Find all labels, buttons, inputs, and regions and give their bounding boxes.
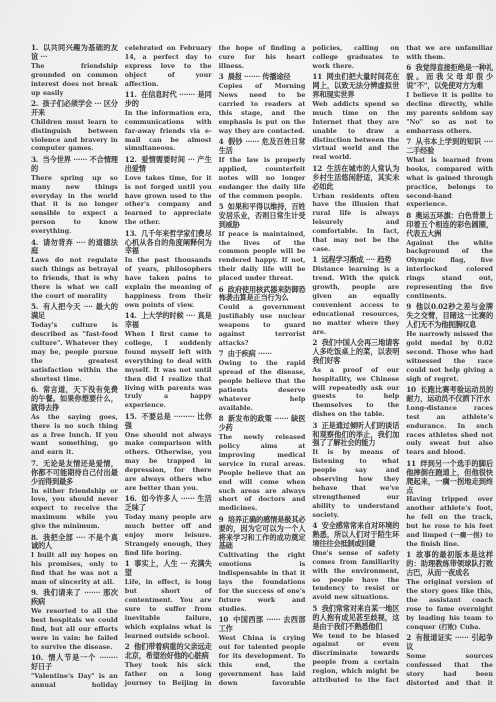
item-english: One's sense of safety comes from familia… [312, 549, 399, 602]
item-number: 11 [406, 459, 416, 468]
item-english: The original version of the story goes l… [406, 578, 493, 631]
item-english: Love takes time, for it is not forged un… [125, 174, 212, 227]
item-number: 3. [31, 155, 38, 164]
item-chinese: 13. 几千年来哲学家们费尽心机从各自的角度阐释何为幸福 [125, 230, 212, 257]
note-item: 8. 我把全部 ···· 不是个真诚的人 I built all my hope… [31, 534, 118, 587]
item-chinese: 8 奥运五环旗：白色背景上印着五个相连的彩色圆圈，代表五大洲 [406, 212, 493, 239]
item-number: 8 [219, 414, 224, 423]
item-chinese: 14. 上大学的时候 ···· 真是幸福 [125, 312, 212, 330]
note-item: 11. 在信息时代 ······· 是同步的 In the informatio… [125, 91, 212, 153]
item-chinese: 11 绊到另一个选手的脚后他摔倒在跑道上，但他很快爬起来，一瘸一拐地走到终点 [406, 460, 493, 496]
note-item: 3 正是通过倾听人们的谈话和观察他们的举止，我们加强了了解社会的能力 It is… [312, 422, 399, 520]
item-english: Laws do not regulate such things as betr… [31, 256, 118, 301]
notes-sheet: 1. 以共同兴趣为基础的友谊 ··· The friendship ground… [0, 0, 496, 702]
note-item: 9 他以0.02秒之差与金牌失之交臂，目睹这一比赛的人们无不为他扼腕叹息 He … [406, 303, 493, 383]
note-item: 13. 几千年来哲学家们费尽心机从各自的角度阐释何为幸福 In the past… [125, 230, 212, 310]
item-number: 15. [125, 412, 137, 421]
note-item: 7. 无论是友情还是爱情，你都不可能期待自己付出最少而得到最多 In eithe… [31, 460, 118, 531]
item-number: 11 [312, 72, 322, 81]
item-number: 7 [406, 137, 411, 146]
item-english: Urban residents often have the illusion … [312, 192, 399, 254]
note-item: 12. 爱情需要时间 ··· 产生出爱情 Love takes time, fo… [125, 156, 212, 227]
note-item: 2. 孩子们必须学会 ··· 区分开来 Children must learn … [31, 100, 118, 153]
item-number: 10 [219, 615, 229, 624]
note-item: 4 假钞 ······ 危及百姓日常生活 If the law is prope… [219, 138, 306, 200]
item-english: Cultivating the right emotions is indisp… [219, 551, 306, 613]
item-number: 1 [312, 255, 317, 264]
item-chinese: 7. 无论是友情还是爱情，你都不可能期待自己付出最少而得到最多 [31, 460, 118, 487]
item-chinese: 5. 有人把今天 ···· 最大的满足 [31, 303, 118, 321]
item-number: 7 [219, 349, 224, 358]
item-chinese: 16. 如今许多人 ······ 生活乏味了 [125, 495, 212, 513]
note-item: 7 由于疾病 ······ Owing to the rapid spread … [219, 350, 306, 412]
item-chinese: 2 他们带着病重的父亲远走北京，希望治好他的心脏病 [125, 643, 212, 661]
note-item: 7 从书本上学到的知识 ···· 二手经验 What is learned fr… [406, 138, 493, 209]
item-english: In either friendship or love, you should… [31, 487, 118, 532]
item-chinese: 6. 常言道，天下没有免费的午餐。如果你想要什么，就得去挣 [31, 386, 118, 413]
item-chinese: 7 由于疾病 ······ [219, 350, 306, 359]
item-chinese: 5 我们常常对来自某一地区的人抱有成见甚至歧视，这是由于我们不熟悉他们 [312, 605, 399, 632]
note-item: 6 我觉得直接拒绝是一种礼貌。而我父母却很少说"不"，以免使对方为难 I bel… [406, 64, 493, 135]
item-english: Distance learning is a trend. With the q… [312, 265, 399, 336]
item-number: 2 [125, 642, 130, 651]
item-english: I built all my hopes on his promises, on… [31, 551, 118, 587]
item-chinese: 9 他以0.02秒之差与金牌失之交臂，目睹这一比赛的人们无不为他扼腕叹息 [406, 303, 493, 330]
item-english: As a proof of our hospitality, we Chines… [312, 366, 399, 419]
item-number: 1. [31, 44, 38, 52]
item-english: Today many people are much better off an… [125, 513, 212, 558]
item-chinese: 9 培养正确的感情是极其必要的，因为它可以为一个人将来学习和工作的成功奠定基础 [219, 516, 306, 552]
note-item: 1 事实上，人生 ··· 充满失望 Life, in effect, is lo… [125, 560, 212, 640]
item-number: 4 [312, 521, 317, 530]
note-item: 16. 如今许多人 ······ 生活乏味了 Today many people… [125, 495, 212, 557]
item-english: Could a government justifiably use nucle… [219, 303, 306, 348]
item-chinese: 6 政府使用核武器来防御恐怖袭击算是正当行为么 [219, 286, 306, 304]
item-english: Having tripped over another athlete's fo… [406, 495, 493, 548]
item-number: 13. [125, 229, 137, 238]
text-columns: 1. 以共同兴趣为基础的友谊 ··· The friendship ground… [31, 44, 493, 694]
item-chinese: 4 假钞 ······ 危及百姓日常生活 [219, 138, 306, 156]
item-chinese: 12 生活在城市的人常认为乡村生活悠闲舒适，其实未必如此 [312, 165, 399, 192]
item-english: Long-distance races test an athlete's en… [406, 404, 493, 457]
note-item: 9. 我们请来了 ······· 那次疾病 We resorted to all… [31, 589, 118, 651]
note-item: 15. 不要总是 ········· 比你强 One should not al… [125, 413, 212, 493]
item-english: Owing to the rapid spread of the disease… [219, 359, 306, 412]
item-number: 10. [31, 653, 43, 662]
item-number: 5 [312, 604, 317, 613]
note-item: 8 奥运五环旗：白色背景上印着五个相连的彩色圆圈，代表五大洲 Against t… [406, 212, 493, 301]
item-english: One should not always make comparison wi… [125, 431, 212, 493]
item-number: 7. [31, 459, 38, 468]
item-chinese: 12. 爱情需要时间 ··· 产生出爱情 [125, 156, 212, 174]
item-english: Web addicts spend so much time on the In… [312, 100, 399, 162]
item-chinese: 9. 我们请来了 ······· 那次疾病 [31, 589, 118, 607]
item-number: 8. [31, 533, 38, 542]
note-item: 5 如果和平得以维持，百姓安居乐业，否则日常生计受到威胁 If peace is… [219, 203, 306, 283]
item-number: 6 [219, 285, 224, 294]
item-chinese: 8 新发布的政策 ······ 缺医少药 [219, 415, 306, 433]
item-english: If the law is properly applied, counterf… [219, 156, 306, 201]
item-english: I believe it is polite to decline direct… [406, 91, 493, 136]
item-number: 6. [31, 385, 38, 394]
item-chinese: 11 网虫们把大量时间花在网上，以致无法分辨虚拟世界和现实世界 [312, 73, 399, 100]
item-chinese: 3 正是通过倾听人们的谈话和观察他们的举止，我们加强了了解社会的能力 [312, 422, 399, 449]
item-chinese: 11. 在信息时代 ······· 是同步的 [125, 91, 212, 109]
item-number: 3 [219, 72, 224, 81]
item-chinese: 7 从书本上学到的知识 ···· 二手经验 [406, 138, 493, 156]
item-english: Today's culture is described as "fast-fo… [31, 321, 118, 383]
item-english: What is learned from books, compared wit… [406, 156, 493, 209]
note-item: 12 生活在城市的人常认为乡村生活悠闲舒适，其实未必如此 Urban resid… [312, 165, 399, 254]
item-chinese: 3. 当今世界 ······ 不合情理的 [31, 156, 118, 174]
item-chinese: 10 中国西部 ······ 去西部工作 [219, 616, 306, 634]
item-english: He narrowly missed the gold medal by 0.0… [406, 330, 493, 383]
note-item: 6 政府使用核武器来防御恐怖袭击算是正当行为么 Could a governme… [219, 286, 306, 348]
note-item: 4. 请勿背弃 ···· 的道德法庭 Laws do not regulate … [31, 239, 118, 301]
item-chinese: 10 长跑比赛考验运动员的耐力，运动员不仅洒下汗水 [406, 386, 493, 404]
item-english: It is by means of listening to what peop… [312, 448, 399, 519]
note-item: 11 网虫们把大量时间花在网上，以致无法分辨虚拟世界和现实世界 Web addi… [312, 73, 399, 162]
item-chinese: 5 如果和平得以维持，百姓安居乐业，否则日常生计受到威胁 [219, 203, 306, 230]
item-chinese: 2. 孩子们必须学会 ··· 区分开来 [31, 100, 118, 118]
note-item: 10 长跑比赛考验运动员的耐力，运动员不仅洒下汗水 Long-distance … [406, 386, 493, 457]
note-item: 3 晨报 ······· 传播途径 Copies of Morning News… [219, 73, 306, 135]
item-english: Copies of Morning News need to be carrie… [219, 82, 306, 135]
item-chinese: 4 安全感常常来自对环境的熟悉，所以人们对于陌生环境往往会抵制或回避 [312, 522, 399, 549]
note-item: 6. 常言道，天下没有免费的午餐。如果你想要什么，就得去挣 As the say… [31, 386, 118, 457]
item-number: 10 [406, 385, 416, 394]
item-number: 3 [312, 421, 317, 430]
item-chinese: 15. 不要总是 ········· 比你强 [125, 413, 212, 431]
item-number: 2 [312, 338, 317, 347]
item-number: 1 [406, 550, 411, 559]
item-chinese: 1 事实上，人生 ··· 充满失望 [125, 560, 212, 578]
item-chinese: 1 远程学习渐成 ···· 趋势 [312, 256, 399, 265]
item-chinese: 8. 我把全部 ···· 不是个真诚的人 [31, 534, 118, 552]
item-number: 9 [219, 515, 224, 524]
item-chinese: 3 晨报 ······· 传播途径 [219, 73, 306, 82]
item-number: 6 [406, 63, 411, 72]
item-english: There spring up so many new things every… [31, 174, 118, 236]
note-item: 9 培养正确的感情是极其必要的，因为它可以为一个人将来学习和工作的成功奠定基础 … [219, 516, 306, 614]
note-item: 1. 以共同兴趣为基础的友谊 ··· The friendship ground… [31, 44, 118, 97]
item-number: 12. [125, 155, 137, 164]
item-english: In the information era, communications w… [125, 109, 212, 154]
item-number: 5 [219, 202, 224, 211]
item-number: 9. [31, 588, 38, 597]
item-chinese: 2 我们中国人会再三地请客人多吃饭桌上的菜，以表明我们好客 [312, 339, 399, 366]
note-item: 2 我们中国人会再三地请客人多吃饭桌上的菜，以表明我们好客 As a proof… [312, 339, 399, 419]
item-number: 4 [219, 137, 224, 146]
item-number: 16. [125, 494, 137, 503]
item-english: The friendship grounded on common intere… [31, 62, 118, 98]
item-english: When I first came to college, I suddenly… [125, 330, 212, 410]
item-number: 9 [406, 302, 411, 311]
item-english: We resorted to all the best hospitals we… [31, 607, 118, 652]
item-chinese: 2 有报道证实 ······ 引起争议 [406, 634, 493, 652]
item-number: 12 [312, 164, 322, 173]
item-english: In the past thousands of years, philosop… [125, 256, 212, 309]
item-chinese: 6 我觉得直接拒绝是一种礼貌。而我父母却很少说"不"，以免使对方为难 [406, 64, 493, 91]
item-number: 5. [31, 302, 38, 311]
item-english: Against the white background of the Olym… [406, 239, 493, 301]
item-chinese: 1 故事的最初版本是这样的：助理教练带领球队打败古巴，从而一夜成名 [406, 551, 493, 578]
item-number: 4. [31, 238, 38, 247]
item-english: The newly released policy aims at improv… [219, 433, 306, 513]
item-number: 1 [125, 559, 130, 568]
note-item: 1 远程学习渐成 ···· 趋势 Distance learning is a … [312, 256, 399, 336]
note-item: 8 新发布的政策 ······ 缺医少药 The newly released … [219, 415, 306, 513]
note-item: 14. 上大学的时候 ···· 真是幸福 When I first came t… [125, 312, 212, 410]
item-number: 11. [125, 90, 137, 99]
item-english: Children must learn to distinguish betwe… [31, 118, 118, 154]
note-item: 5. 有人把今天 ···· 最大的满足 Today's culture is d… [31, 303, 118, 383]
item-english: If peace is maintained, the lives of the… [219, 230, 306, 283]
item-number: 2 [406, 633, 411, 642]
note-item: 4 安全感常常来自对环境的熟悉，所以人们对于陌生环境往往会抵制或回避 One's… [312, 522, 399, 602]
note-item: 11 绊到另一个选手的脚后他摔倒在跑道上，但他很快爬起来，一瘸一拐地走到终点 H… [406, 460, 493, 549]
note-item: 1 故事的最初版本是这样的：助理教练带领球队打败古巴，从而一夜成名 The or… [406, 551, 493, 631]
item-english: As the saying goes, there is no such thi… [31, 413, 118, 458]
item-chinese: 10. 情人节是一个 ········ 好日子 [31, 654, 118, 672]
item-number: 2. [31, 99, 38, 108]
item-number: 8 [406, 211, 411, 220]
note-item: 3. 当今世界 ······ 不合情理的 There spring up so … [31, 156, 118, 236]
item-chinese: 4. 请勿背弃 ···· 的道德法庭 [31, 239, 118, 257]
item-chinese: 1. 以共同兴趣为基础的友谊 ··· [31, 44, 118, 62]
item-english: Life, in effect, is long but short of co… [125, 578, 212, 640]
item-number: 14. [125, 311, 137, 320]
